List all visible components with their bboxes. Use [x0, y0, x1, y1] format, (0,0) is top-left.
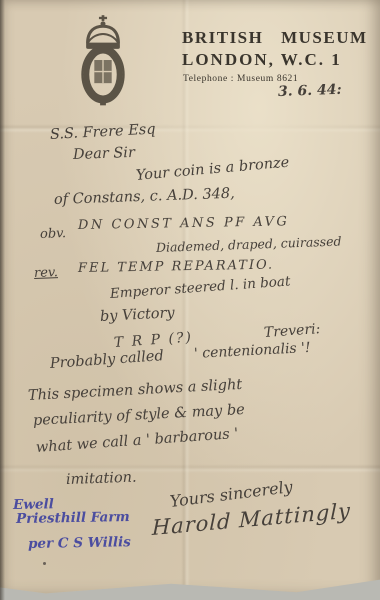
paper-speck: [43, 562, 46, 565]
handwritten-line: obv.: [40, 226, 67, 242]
handwritten-line: imitation.: [66, 470, 137, 488]
letterhead-address: LONDON, W.C. 1: [182, 50, 342, 70]
handwritten-date: 3. 6. 44:: [278, 82, 342, 100]
royal-crest-icon: [76, 13, 130, 112]
annotation-line: Priesthill Farm: [16, 509, 130, 527]
scan-edge: [0, 0, 5, 600]
letterhead-organization: BRITISH MUSEUM: [182, 28, 368, 48]
letterhead-telephone: Telephone : Museum 8621: [183, 74, 298, 84]
handwritten-line: rev.: [34, 265, 58, 281]
annotation-line: per C S Willis: [28, 534, 131, 552]
salutation-line: Dear Sir: [73, 145, 135, 163]
scanned-letter: BRITISH MUSEUM LONDON, W.C. 1 Telephone …: [0, 0, 380, 600]
